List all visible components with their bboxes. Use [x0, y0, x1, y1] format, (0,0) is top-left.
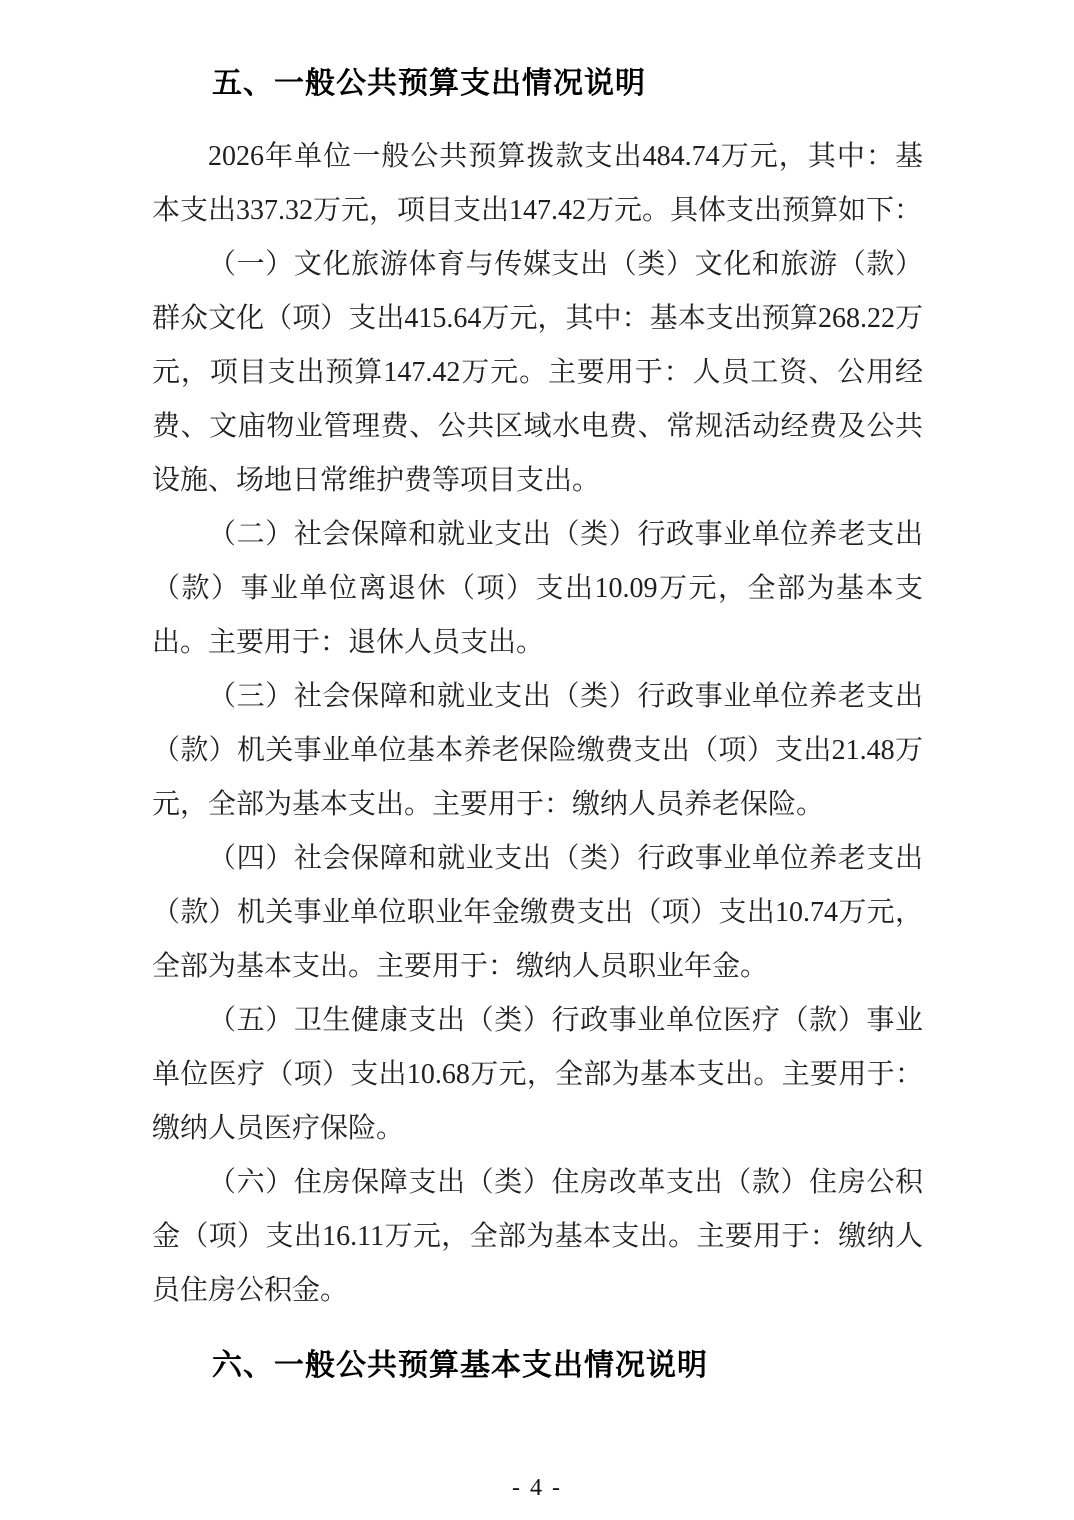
paragraph-item-3-pension-insurance: （三）社会保障和就业支出（类）行政事业单位养老支出（款）机关事业单位基本养老保险… [152, 670, 923, 832]
paragraph-item-2-retirement: （二）社会保障和就业支出（类）行政事业单位养老支出（款）事业单位离退休（项）支出… [152, 508, 923, 670]
section-5-body: 2026年单位一般公共预算拨款支出484.74万元，其中：基本支出337.32万… [152, 130, 923, 1318]
paragraph-budget-overview: 2026年单位一般公共预算拨款支出484.74万元，其中：基本支出337.32万… [152, 130, 923, 238]
section-heading-6: 六、一般公共预算基本支出情况说明 [152, 1344, 923, 1388]
document-page: 五、一般公共预算支出情况说明 2026年单位一般公共预算拨款支出484.74万元… [0, 0, 1074, 1520]
paragraph-item-6-housing-fund: （六）住房保障支出（类）住房改革支出（款）住房公积金（项）支出16.11万元，全… [152, 1156, 923, 1318]
page-number: - 4 - [0, 1473, 1074, 1503]
section-heading-5: 五、一般公共预算支出情况说明 [152, 62, 923, 106]
paragraph-item-4-occupational-annuity: （四）社会保障和就业支出（类）行政事业单位养老支出（款）机关事业单位职业年金缴费… [152, 832, 923, 994]
paragraph-item-5-medical: （五）卫生健康支出（类）行政事业单位医疗（款）事业单位医疗（项）支出10.68万… [152, 994, 923, 1156]
paragraph-item-1-culture-tourism: （一）文化旅游体育与传媒支出（类）文化和旅游（款）群众文化（项）支出415.64… [152, 238, 923, 508]
